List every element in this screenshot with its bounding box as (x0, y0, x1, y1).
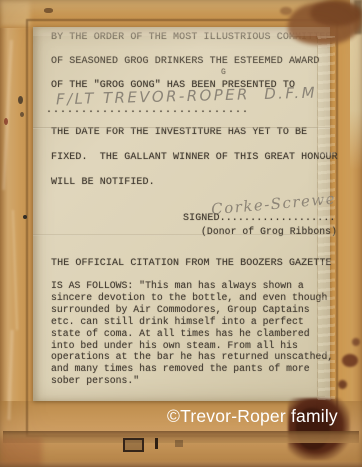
citation-line: sincere devotion to the bottle, and even… (51, 292, 333, 304)
certificate-paper: BY THE ORDER OF THE MOST ILLUSTRIOUS COM… (33, 27, 330, 401)
citation-line: IS AS FOLLOWS: "This man has always show… (51, 280, 333, 292)
signed-label: SIGNED................... (183, 213, 336, 224)
citation-line: surrounded by Air Commodores, Group Capt… (51, 304, 333, 316)
citation-line: sober persons." (51, 375, 333, 387)
intro-line-1: BY THE ORDER OF THE MOST ILLUSTRIOUS COM… (51, 32, 332, 43)
citation-body: IS AS FOLLOWS: "This man has always show… (51, 280, 333, 387)
intro-line-2: OF SEASONED GROG DRINKERS THE ESTEEMED A… (51, 56, 319, 67)
citation-line: etc. can still drink himself into a perf… (51, 316, 333, 328)
citation-line: state of coma. At all times has he clamb… (51, 328, 333, 340)
citation-line: operations at the bar he has returned un… (51, 351, 333, 363)
paper-crease (33, 127, 330, 129)
copyright-watermark: ©Trevor-Roper family (167, 406, 338, 427)
top-right-edge-shadow (354, 0, 362, 34)
stray-character: G (221, 67, 226, 78)
citation-line: and many times has removed the pants of … (51, 363, 333, 375)
recipient-dotted-line: ............................. (46, 105, 249, 116)
citation-line: into bed under his own steam. From all h… (51, 340, 333, 352)
photo-frame: BY THE ORDER OF THE MOST ILLUSTRIOUS COM… (0, 0, 362, 467)
citation-heading: THE OFFICIAL CITATION FROM THE BOOZERS G… (51, 258, 332, 269)
body-line-2: FIXED. THE GALLANT WINNER OF THIS GREAT … (51, 152, 338, 163)
paper-crease (33, 234, 330, 236)
body-line-3: WILL BE NOTIFIED. (51, 177, 155, 188)
